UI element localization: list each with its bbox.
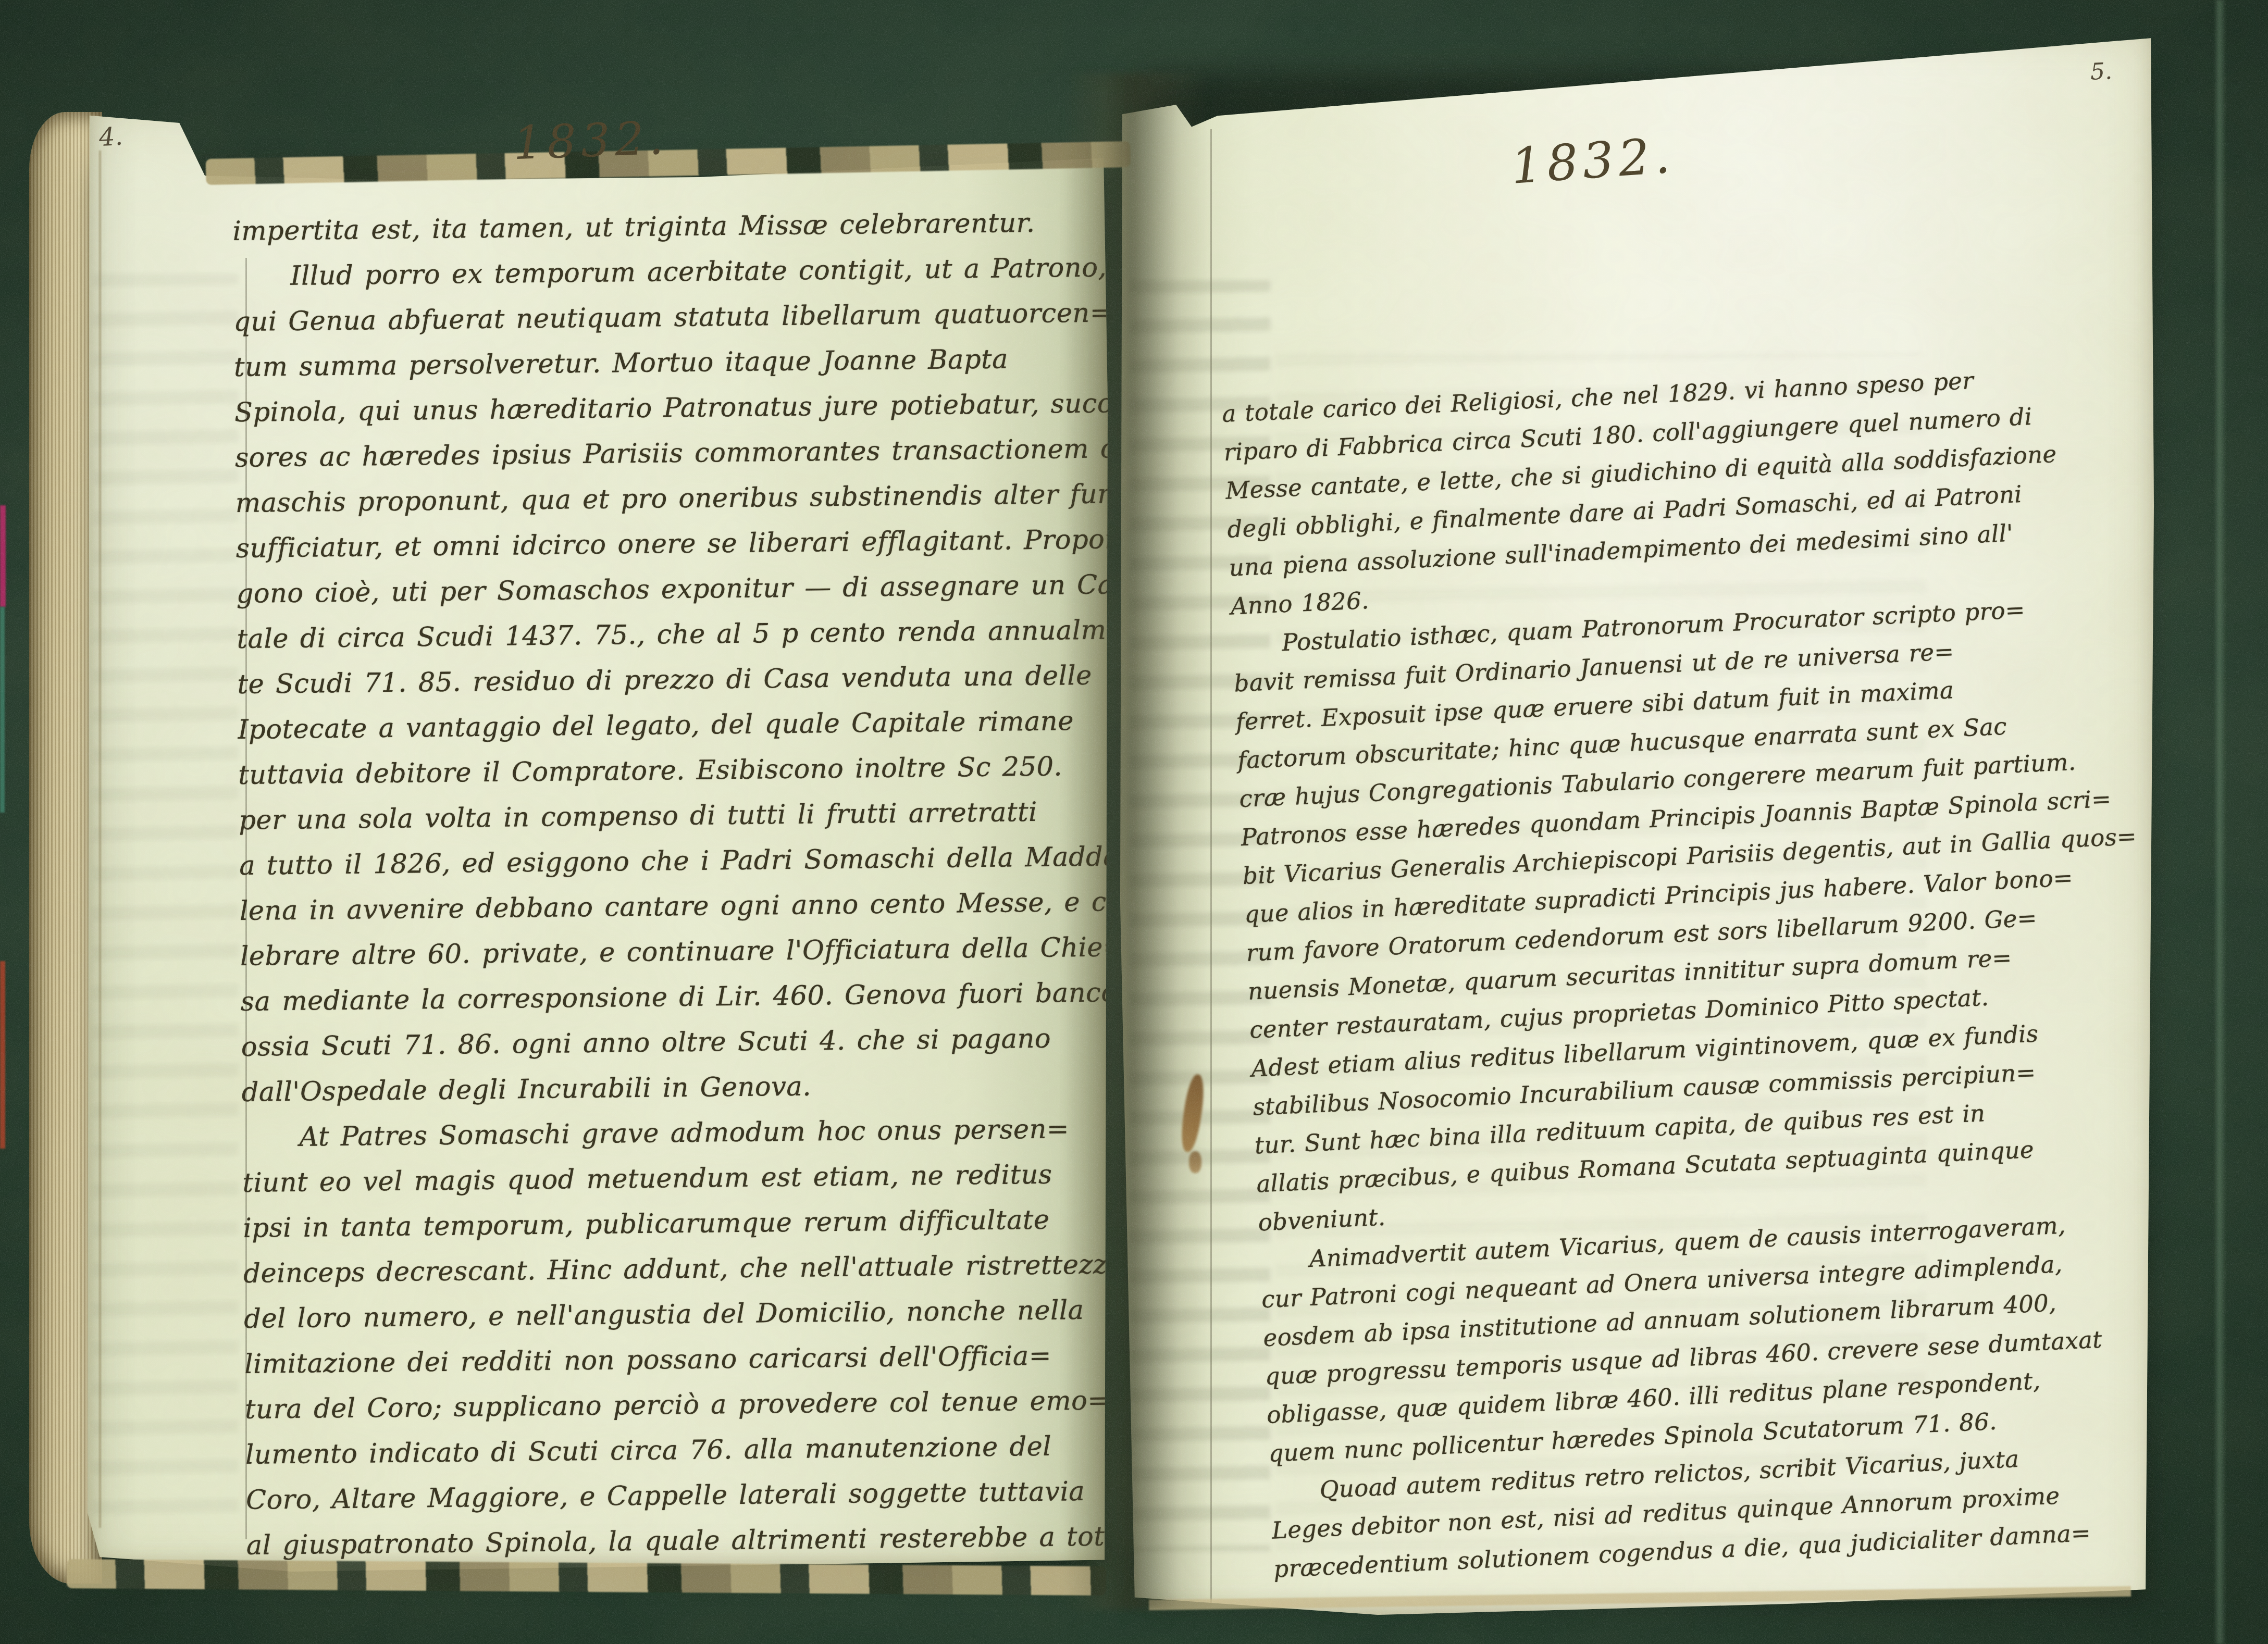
left-page: impertita est, ita tamen, ut triginta Mi… <box>88 107 1108 1572</box>
background-fold-line <box>2214 0 2226 1644</box>
book-gutter-shadow <box>1063 73 1209 1610</box>
manuscript-line: ossia Scuti 71. 86. ogni anno oltre Scut… <box>241 1015 1117 1070</box>
manuscript-photo: { "book": { "left_page": { "page_number"… <box>0 0 2268 1644</box>
binding-tape-strip-3 <box>0 961 5 1149</box>
left-page-text: impertita est, ita tamen, ut triginta Mi… <box>232 200 1122 1568</box>
page-number-right: 5. <box>2090 58 2113 85</box>
ink-bleedthrough-left-margin <box>93 273 239 1524</box>
year-heading-left: 1832. <box>512 111 668 170</box>
manuscript-line: al giuspatronato Spinola, la quale altri… <box>246 1514 1122 1568</box>
wax-stain-drip <box>1189 1151 1201 1173</box>
year-heading-right: 1832. <box>1509 127 1677 195</box>
right-page-text: a totale carico dei Religiosi, che nel 1… <box>1221 353 2211 1589</box>
binding-tape-strip-1 <box>0 505 6 607</box>
binding-tape-strip-2 <box>0 607 5 813</box>
page-number-left: 4. <box>98 122 124 152</box>
right-page: a totale carico dei Religiosi, che nel 1… <box>1119 30 2154 1615</box>
